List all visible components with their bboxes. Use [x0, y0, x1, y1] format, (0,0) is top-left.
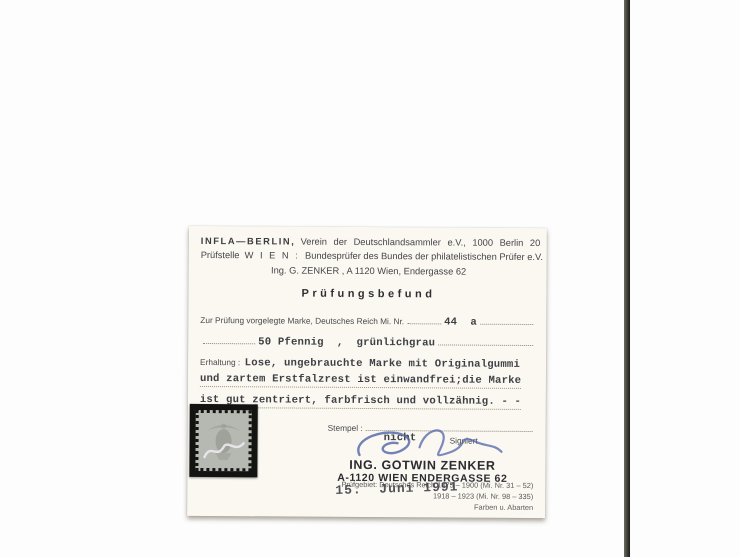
form-line-erhaltung: Erhaltung : Lose, ungebrauchte Marke mit…: [200, 352, 536, 372]
examiner-signature-ink: [345, 421, 513, 474]
certificate-header-line2: Prüfstelle W I E N : Bundesprüfer des Bu…: [201, 250, 537, 262]
michel-number-value: 44 a: [444, 316, 477, 328]
form-line-marke: Zur Prüfung vorgelegte Marke, Deutsches …: [200, 310, 536, 329]
photograph-background: INFLA—BERLIN, Verein der Deutschlandsamm…: [186, 0, 630, 557]
denomination-colour-value: 50 Pfennig , grünlichgrau: [258, 336, 435, 349]
marke-label: Zur Prüfung vorgelegte Marke, Deutsches …: [200, 314, 404, 325]
certificate-title: Prüfungsbefund: [301, 288, 435, 301]
eagle-motif-icon: [198, 413, 248, 468]
dotted-rule: [438, 332, 533, 345]
examiner-address: Ing. G. ZENKER , A 1120 Wien, Endergasse…: [271, 265, 466, 276]
association-description: Verein der Deutschlandsammler e.V., 1000…: [301, 237, 541, 248]
pruefstelle-description: Bundesprüfer des Bundes der philatelisti…: [305, 251, 543, 262]
expertise-certificate-card: INFLA—BERLIN, Verein der Deutschlandsamm…: [187, 226, 547, 518]
form-line-erhaltung-2: und zartem Erstfalzrest ist einwandfrei;…: [200, 373, 536, 389]
stamp-mount-black-card: [189, 404, 257, 477]
certificate-header-line3: Ing. G. ZENKER , A 1120 Wien, Endergasse…: [201, 265, 537, 277]
photo-dark-edge: [624, 0, 630, 557]
erhaltung-label: Erhaltung :: [200, 357, 240, 367]
dotted-rule: [203, 331, 255, 344]
dotted-rule: [480, 312, 533, 325]
association-name: INFLA—BERLIN,: [201, 236, 296, 247]
erhaltung-text-1: Lose, ungebrauchte Marke mit Originalgum…: [245, 357, 520, 371]
form-line-denomination: 50 Pfennig , grünlichgrau: [200, 331, 536, 350]
photo-of-certificate: INFLA—BERLIN, Verein der Deutschlandsamm…: [0, 0, 740, 557]
stamp-specimen-image: [195, 410, 251, 471]
title-row: Prüfungsbefund: [200, 287, 536, 301]
certificate-header-line1: INFLA—BERLIN, Verein der Deutschlandsamm…: [201, 236, 537, 248]
pruefstelle-city: W I E N :: [245, 250, 300, 260]
pruefstelle-label: Prüfstelle: [201, 250, 240, 260]
dotted-rule: [407, 311, 441, 324]
erhaltung-text-2: und zartem Erstfalzrest ist einwandfrei;…: [200, 373, 521, 389]
